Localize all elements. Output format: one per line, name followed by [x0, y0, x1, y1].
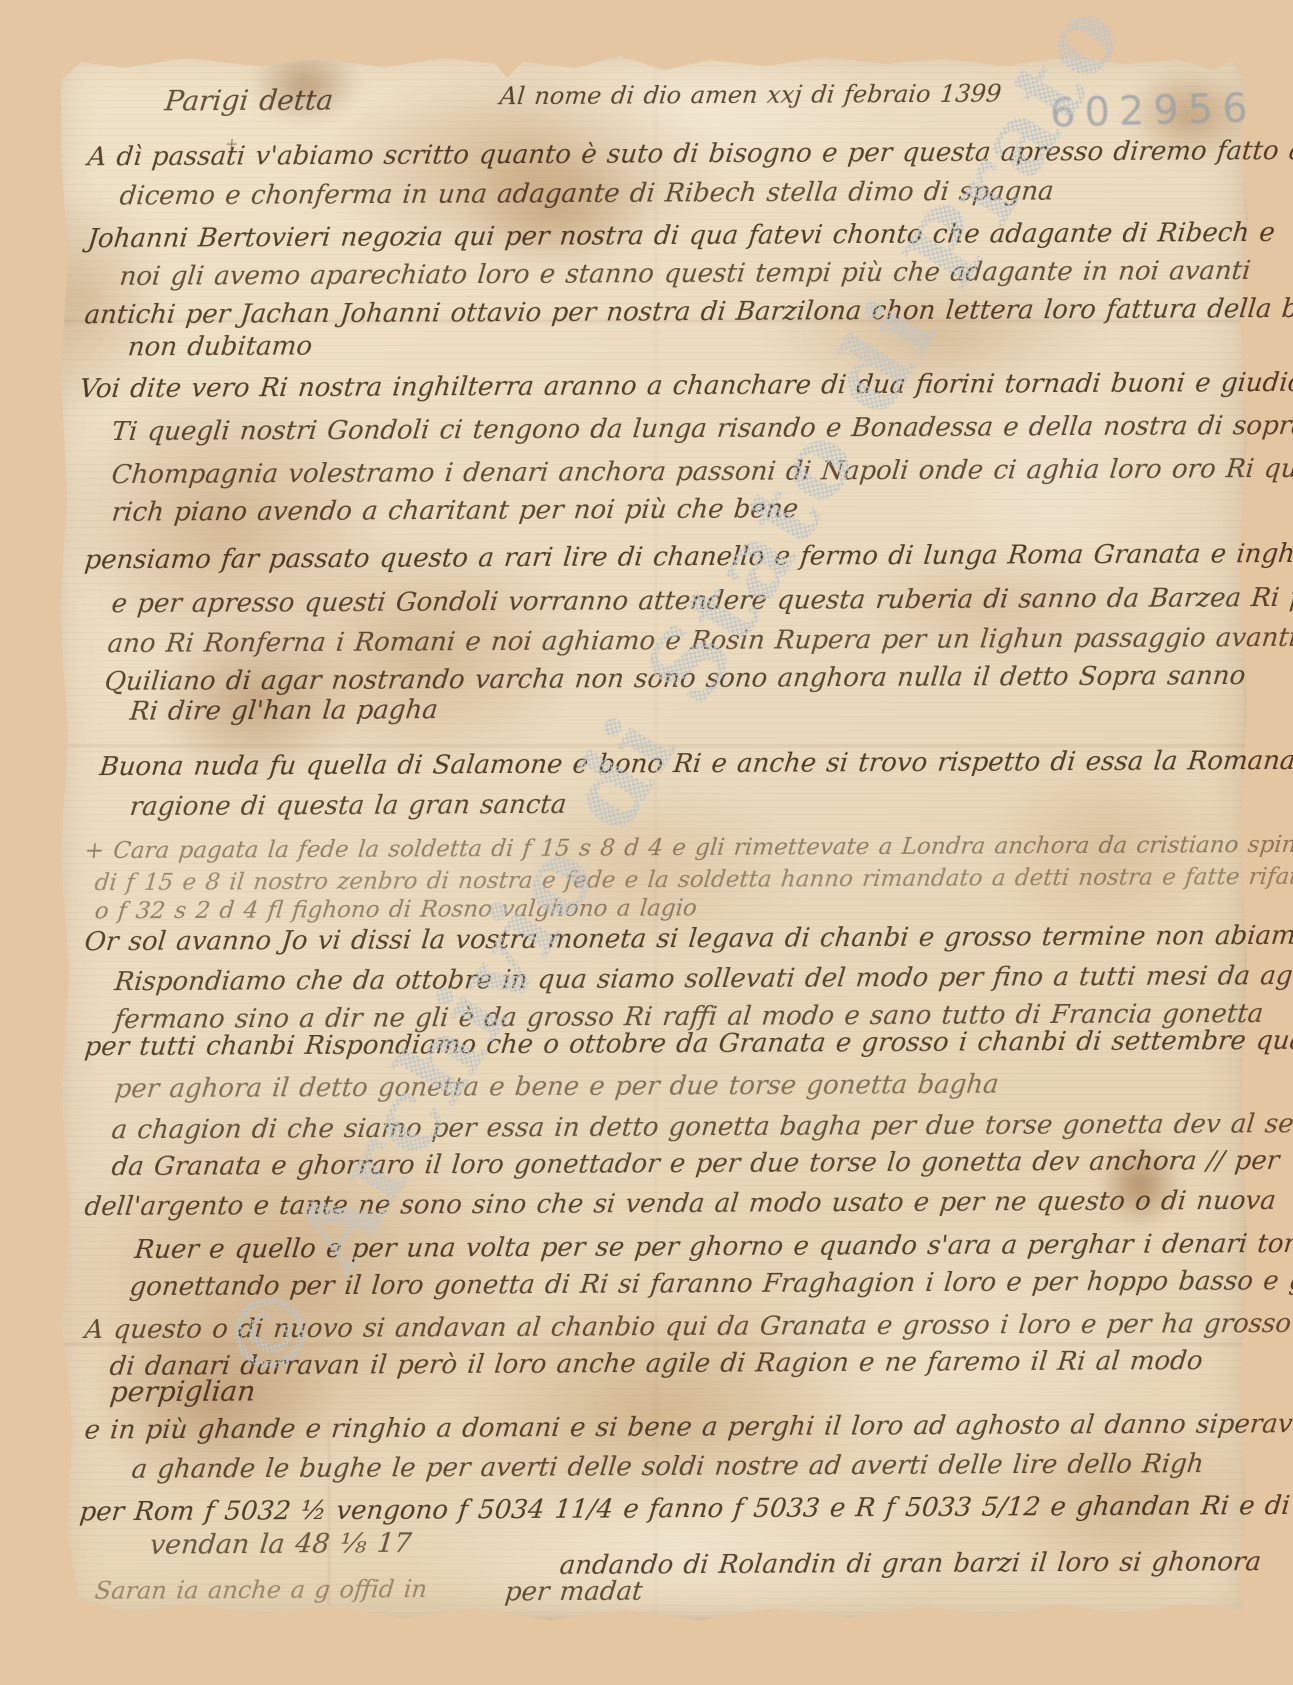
manuscript-line-11: rich piano avendo a charitant per noi pi…: [110, 494, 799, 528]
manuscript-line-14: ano Ri Ronferna i Romani e noi aghiamo e…: [106, 623, 1293, 659]
manuscript-line-7: non dubitamo: [126, 332, 313, 363]
manuscript-line-38: vendan la 48 ⅛ 17: [148, 1528, 413, 1560]
manuscript-line-13: e per apresso questi Gondoli vorranno at…: [110, 583, 1293, 619]
manuscript-line-26: per aghora il detto gonetta e bene e per…: [113, 1070, 1000, 1105]
archival-number: 602956: [1049, 85, 1257, 136]
manuscript-line-32: A questo o di nuovo si andavan al chanbi…: [83, 1309, 1292, 1345]
manuscript-line-33: di danari darravan il però il loro anche…: [108, 1346, 1204, 1382]
header-place: Parigi detta: [163, 84, 334, 118]
manuscript-line-29: dell'argento e tante ne sono sino che si…: [83, 1186, 1277, 1222]
manuscript-line-17: Buona nuda fu quella di Salamone e bono …: [98, 746, 1293, 782]
manuscript-line-36: a ghande le bughe le per averti delle so…: [130, 1449, 1205, 1485]
manuscript-line-18: ragione di questa la gran sancta: [128, 790, 567, 822]
manuscript-line-23: Rispondiamo che da ottobre in qua siamo …: [113, 961, 1293, 998]
manuscript-line-20: di f 15 e 8 il nostro zenbro di nostra e…: [93, 864, 1293, 896]
manuscript-line-15: Quiliano di agar nostrando varcha non so…: [103, 661, 1247, 697]
manuscript-line-9: Ti quegli nostri Gondoli ci tengono da l…: [110, 411, 1293, 447]
manuscript-line-25: per tutti chanbi Rispondiamo che o ottob…: [83, 1026, 1293, 1062]
manuscript-line-5: noi gli avemo aparechiato loro e stanno …: [118, 256, 1252, 292]
manuscript-line-31: gonettando per il loro gonetta di Ri si …: [128, 1266, 1293, 1303]
manuscript-line-22: Or sol avanno Jo vi dissi la vostra mone…: [83, 921, 1293, 957]
manuscript-line-40: Saran ia anche a g offid in: [94, 1575, 429, 1605]
manuscript-line-10: Chompagnia volestramo i denari anchora p…: [110, 454, 1293, 490]
scanned-letter-photo: Parigi detta Al nome di dio amen xxj di …: [0, 0, 1293, 1685]
handwriting-layer: Parigi detta Al nome di dio amen xxj di …: [0, 0, 1293, 1685]
manuscript-line-6: antichi per Jachan Johanni ottavio per n…: [83, 294, 1293, 331]
manuscript-line-39: andando di Rolandin di gran barzi il lor…: [558, 1547, 1262, 1581]
manuscript-line-19: + Cara pagata la fede la soldetta di f 1…: [83, 832, 1293, 865]
manuscript-line-8: Voi dite vero Ri nostra inghilterra aran…: [78, 368, 1293, 405]
manuscript-line-41: per madat: [503, 1577, 644, 1608]
manuscript-line-12: pensiamo far passato questo a rari lire …: [83, 539, 1293, 576]
manuscript-line-37: per Rom f 5032 ½ vengono f 5034 11/4 e f…: [78, 1491, 1293, 1528]
manuscript-line-27: a chagion di che siamo per essa in detto…: [110, 1109, 1293, 1146]
manuscript-line-2: A dì passati v'abiamo scritto quanto è s…: [86, 136, 1293, 173]
header-dateline: Al nome di dio amen xxj di febraio 1399: [498, 80, 1002, 111]
manuscript-line-30: Ruer e quello e per una volta per se per…: [133, 1229, 1293, 1265]
manuscript-line-28: da Granata e ghorraro il loro gonettador…: [110, 1146, 1281, 1182]
manuscript-line-16: Ri dire gl'han la pagha: [128, 695, 439, 727]
manuscript-line-4: Johanni Bertovieri negozia qui per nostr…: [86, 218, 1276, 254]
manuscript-line-35: e in più ghande e ringhio a domani e si …: [83, 1408, 1293, 1445]
manuscript-line-34: perpiglian: [108, 1375, 257, 1409]
manuscript-line-3: dicemo e chonferma in una adagante di Ri…: [118, 177, 1055, 212]
manuscript-line-21: o f 32 s 2 d 4 fl fighono di Rosno valgh…: [94, 895, 699, 924]
